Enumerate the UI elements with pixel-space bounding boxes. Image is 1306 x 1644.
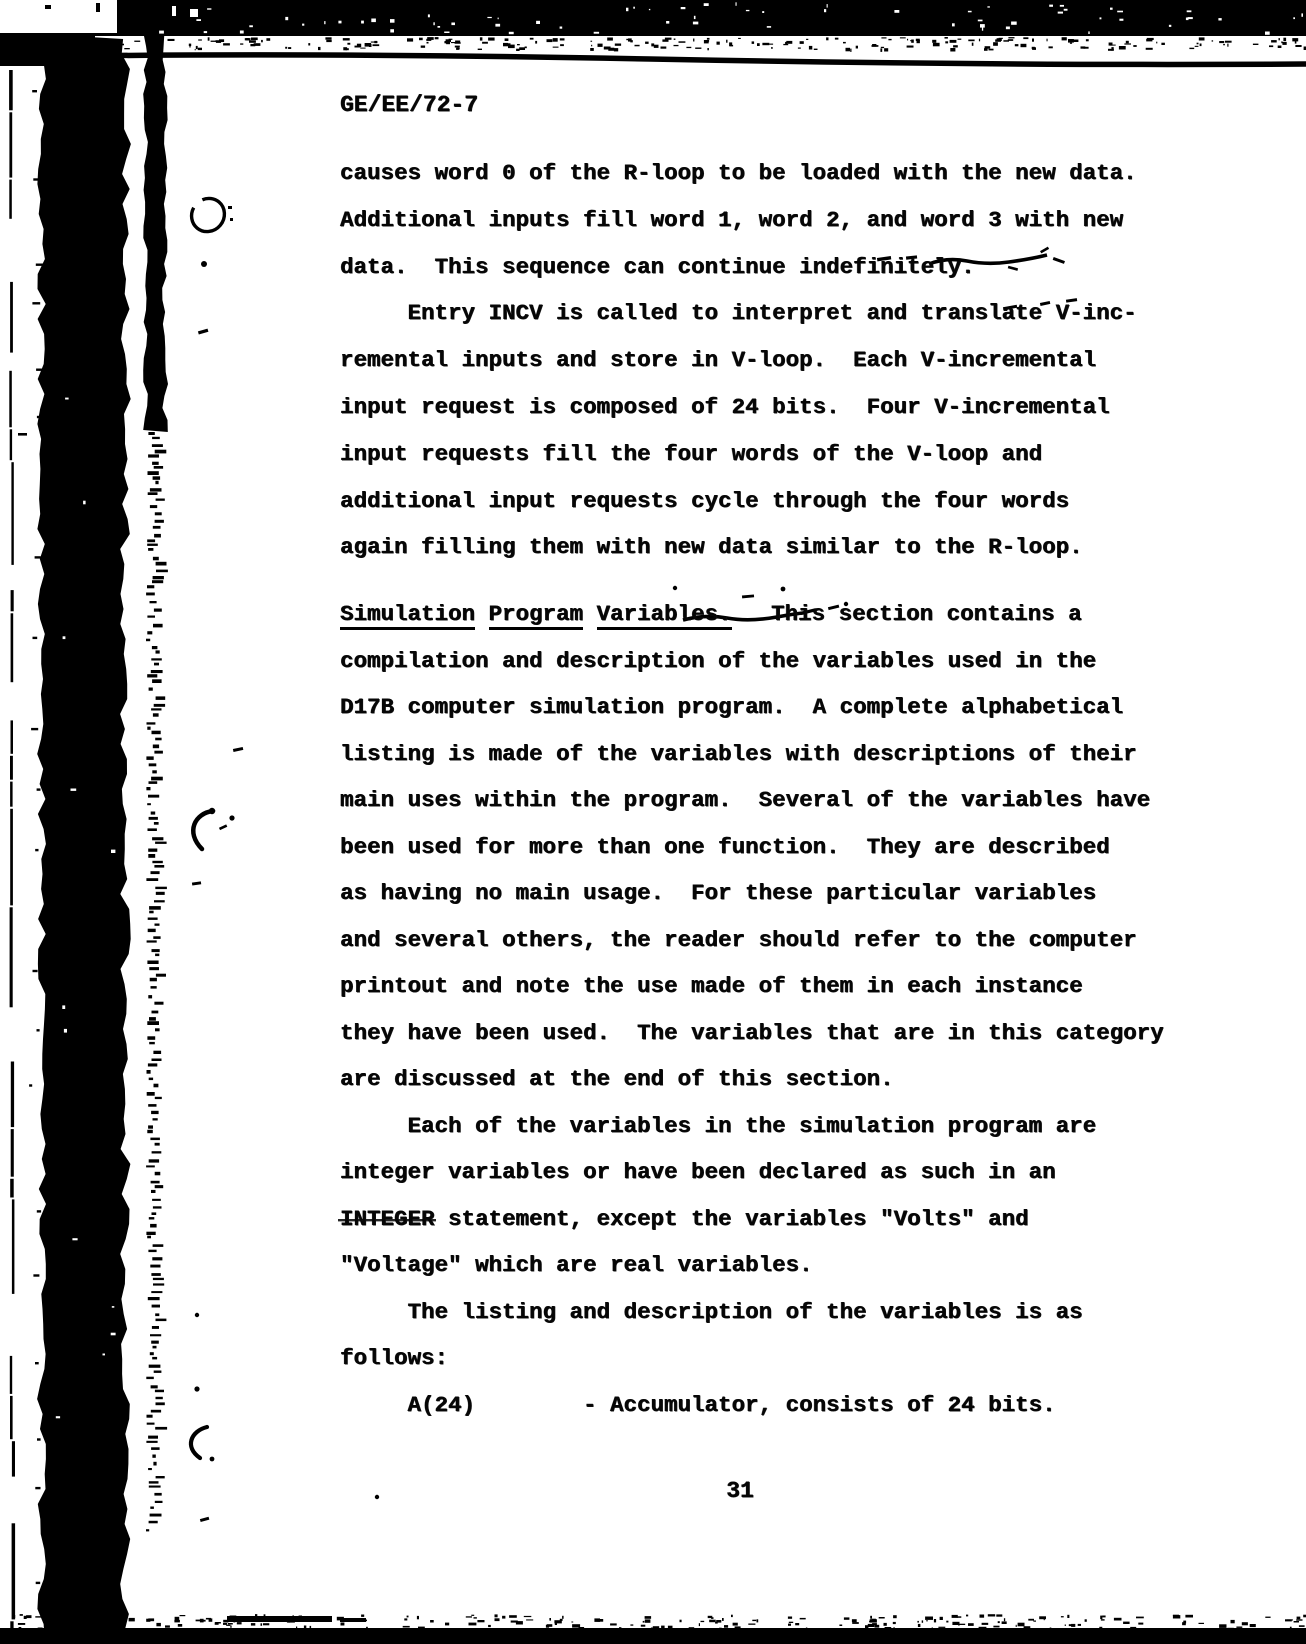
text-line: data. This sequence can continue indefin… bbox=[340, 244, 1137, 291]
text-line: and several others, the reader should re… bbox=[340, 917, 1164, 964]
text-line: Each of the variables in the simulation … bbox=[340, 1103, 1164, 1150]
text-line: follows: bbox=[340, 1335, 1164, 1382]
text-line: input requests fill the four words of th… bbox=[340, 431, 1137, 478]
heading-word: Variables. bbox=[597, 601, 732, 630]
text-line: "Voltage" which are real variables. bbox=[340, 1242, 1164, 1289]
text-line: integer variables or have been declared … bbox=[340, 1149, 1164, 1196]
text-line: input request is composed of 24 bits. Fo… bbox=[340, 384, 1137, 431]
text-line: main uses within the program. Several of… bbox=[340, 777, 1164, 824]
text-line: printout and note the use made of them i… bbox=[340, 963, 1164, 1010]
page-number: 31 bbox=[700, 1478, 780, 1504]
text-line: Additional inputs fill word 1, word 2, a… bbox=[340, 197, 1137, 244]
text-line: A(24) - Accumulator, consists of 24 bits… bbox=[340, 1382, 1164, 1429]
document-code: GE/EE/72-7 bbox=[340, 90, 478, 120]
text-line: as having no main usage. For these parti… bbox=[340, 870, 1164, 917]
text-line: compilation and description of the varia… bbox=[340, 638, 1164, 685]
section-heading-line: SimulationProgramVariables.This section … bbox=[340, 591, 1164, 638]
heading-word: Simulation bbox=[340, 601, 475, 630]
text-line: Entry INCV is called to interpret and tr… bbox=[340, 290, 1137, 337]
text-line: been used for more than one function. Th… bbox=[340, 824, 1164, 871]
text-line: additional input requests cycle through … bbox=[340, 478, 1137, 525]
text-line: D17B computer simulation program. A comp… bbox=[340, 684, 1164, 731]
paragraph-block-1: causes word 0 of the R-loop to be loaded… bbox=[340, 150, 1137, 571]
heading-rest-text: This section contains a bbox=[771, 601, 1082, 627]
text-line: are discussed at the end of this section… bbox=[340, 1056, 1164, 1103]
text-line: causes word 0 of the R-loop to be loaded… bbox=[340, 150, 1137, 197]
text-line: listing is made of the variables with de… bbox=[340, 731, 1164, 778]
text-line: remental inputs and store in V-loop. Eac… bbox=[340, 337, 1137, 384]
text-line: The listing and description of the varia… bbox=[340, 1289, 1164, 1336]
text-line: INTEGER statement, except the variables … bbox=[340, 1196, 1164, 1243]
paragraph-block-2: SimulationProgramVariables.This section … bbox=[340, 591, 1164, 1428]
scanned-page: { "colors": { "ink": "#000000", "paper":… bbox=[0, 0, 1306, 1644]
text-line: again filling them with new data similar… bbox=[340, 524, 1137, 571]
heading-word: Program bbox=[489, 601, 584, 630]
text-line: they have been used. The variables that … bbox=[340, 1010, 1164, 1057]
